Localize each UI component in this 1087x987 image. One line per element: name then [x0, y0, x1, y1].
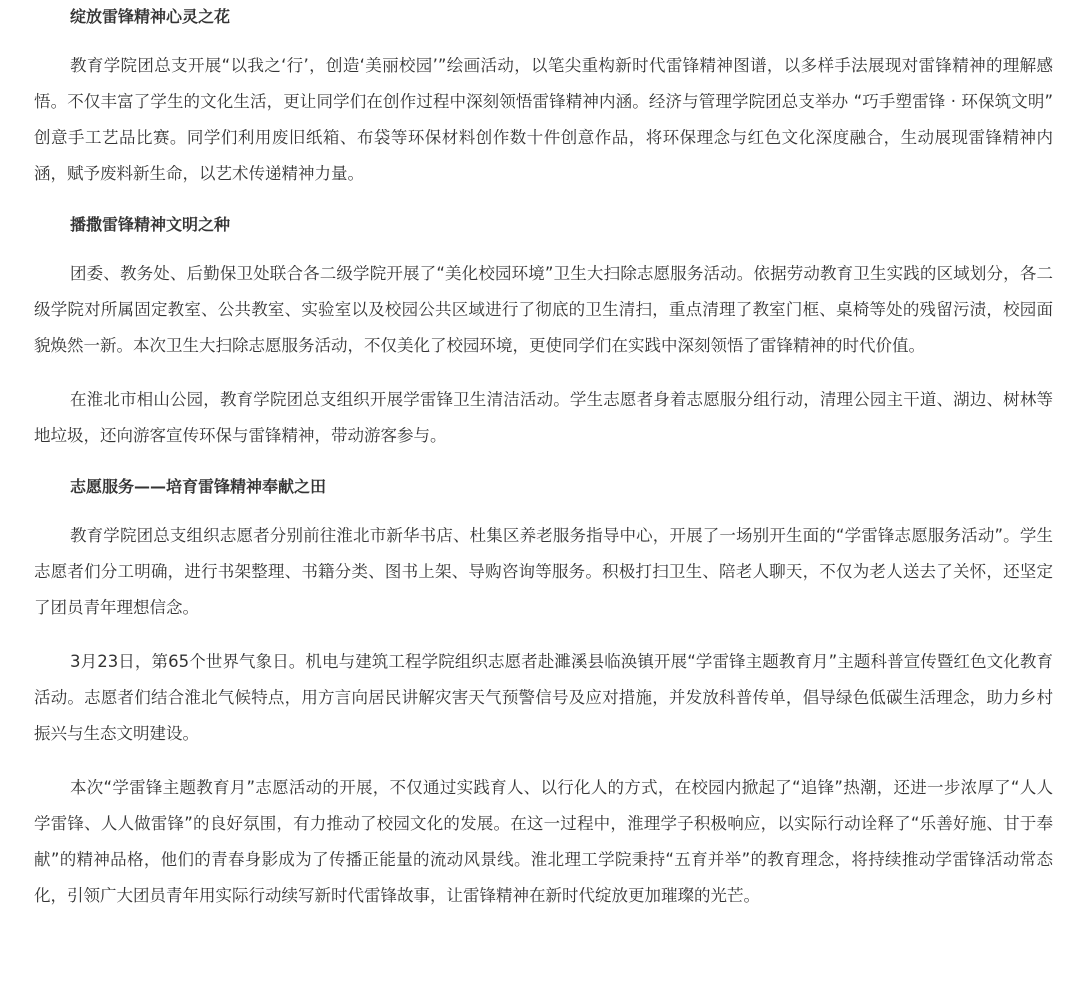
paragraph: 教育学院团总支开展“以我之‘行’，创造‘美丽校园’”绘画活动，以笔尖重构新时代雷…	[34, 48, 1053, 192]
section-heading: 绽放雷锋精神心灵之花	[34, 2, 1053, 32]
paragraph: 本次“学雷锋主题教育月”志愿活动的开展，不仅通过实践育人、以行化人的方式，在校园…	[34, 770, 1053, 914]
paragraph: 教育学院团总支组织志愿者分别前往淮北市新华书店、杜集区养老服务指导中心，开展了一…	[34, 518, 1053, 626]
article-body: 绽放雷锋精神心灵之花 教育学院团总支开展“以我之‘行’，创造‘美丽校园’”绘画活…	[0, 2, 1087, 914]
section-heading: 志愿服务——培育雷锋精神奉献之田	[34, 472, 1053, 502]
paragraph: 3月23日，第65个世界气象日。机电与建筑工程学院组织志愿者赴濉溪县临涣镇开展“…	[34, 644, 1053, 752]
section-heading: 播撒雷锋精神文明之种	[34, 210, 1053, 240]
paragraph: 在淮北市相山公园，教育学院团总支组织开展学雷锋卫生清洁活动。学生志愿者身着志愿服…	[34, 382, 1053, 454]
paragraph: 团委、教务处、后勤保卫处联合各二级学院开展了“美化校园环境”卫生大扫除志愿服务活…	[34, 256, 1053, 364]
